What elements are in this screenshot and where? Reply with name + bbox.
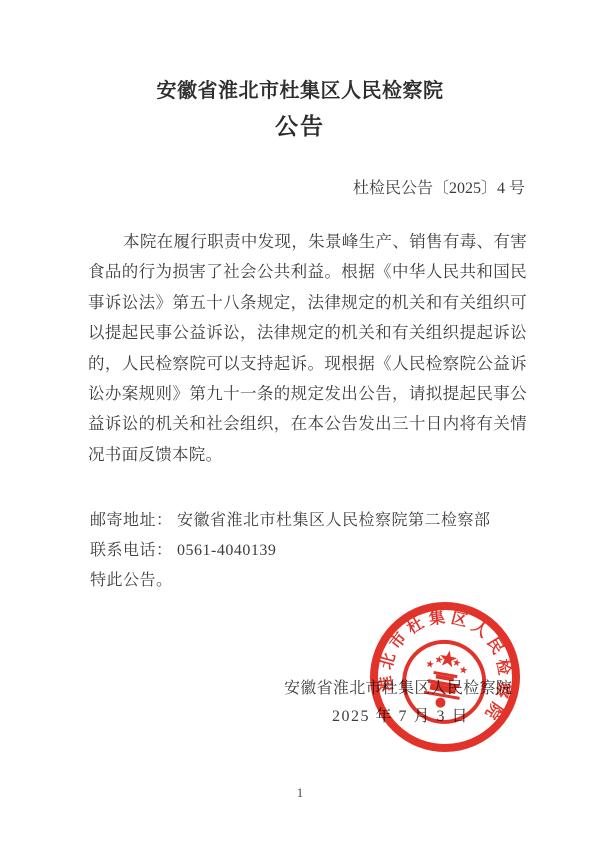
- body-line: 事诉讼法》第五十八条规定，法律规定的机关和有关组织可: [88, 288, 527, 318]
- doc-title: 公告: [0, 108, 600, 141]
- body-line: 食品的行为损害了社会公共利益。根据《中华人民共和国民: [88, 257, 527, 287]
- phone-line: 联系电话： 0561-4040139: [90, 536, 540, 566]
- body-line: 本院在履行职责中发现，朱景峰生产、销售有毒、有害: [88, 227, 527, 257]
- document-page: 安徽省淮北市杜集区人民检察院 公告 杜检民公告〔2025〕4 号 本院在履行职责…: [0, 0, 600, 848]
- body-line: 以提起民事公益诉讼，法律规定的机关和有关组织提起诉讼: [88, 318, 527, 348]
- body-line: 益诉讼的机关和社会组织，在本公告发出三十日内将有关情: [88, 409, 527, 439]
- page-number: 1: [0, 785, 600, 801]
- org-title: 安徽省淮北市杜集区人民检察院: [0, 74, 600, 103]
- doc-number: 杜检民公告〔2025〕4 号: [353, 175, 525, 198]
- body-line: 的，人民检察院可以支持起诉。现根据《人民检察院公益诉: [88, 349, 527, 379]
- mailing-address-line: 邮寄地址： 安徽省淮北市杜集区人民检察院第二检察部: [90, 506, 540, 536]
- signature-date: 2025 年 7 月 3 日: [332, 703, 469, 726]
- body-line: 况书面反馈本院。: [88, 440, 527, 470]
- body-line: 讼办案规则》第九十一条的规定发出公告，请拟提起民事公: [88, 379, 527, 409]
- signature-org: 安徽省淮北市杜集区人民检察院: [284, 675, 512, 698]
- closing-line: 特此公告。: [90, 566, 540, 596]
- body-paragraph: 本院在履行职责中发现，朱景峰生产、销售有毒、有害 食品的行为损害了社会公共利益。…: [88, 227, 527, 470]
- contact-block: 邮寄地址： 安徽省淮北市杜集区人民检察院第二检察部 联系电话： 0561-404…: [90, 506, 540, 595]
